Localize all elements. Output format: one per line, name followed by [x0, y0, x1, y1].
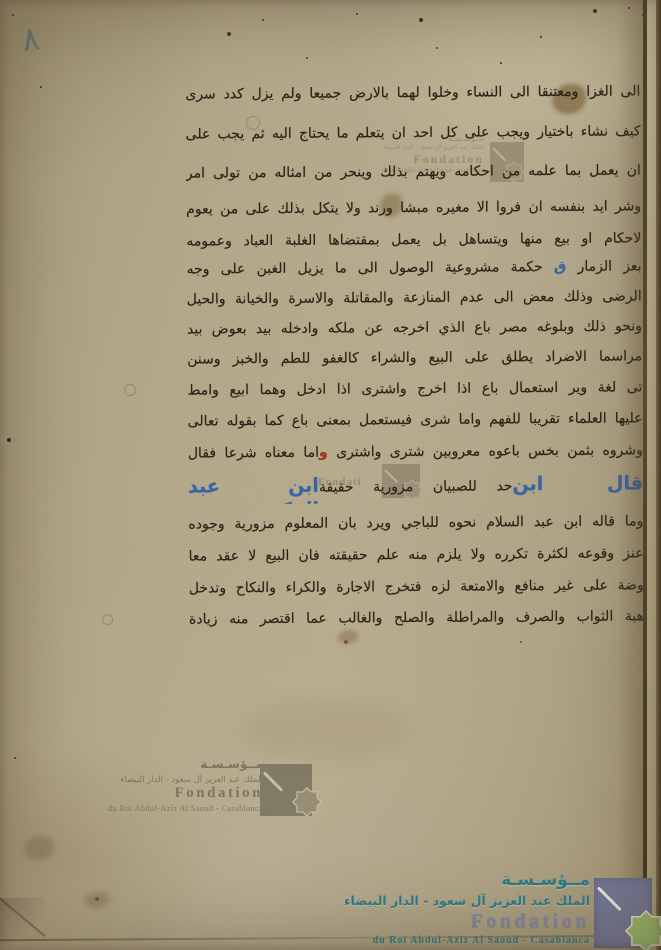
- manuscript-line-13: قال ابن عرفة حد للصبيان مزورية حقيقة معر…: [188, 471, 643, 504]
- rubricated-letter-qaf: ق: [554, 259, 567, 275]
- stain-blob: [84, 892, 110, 908]
- manuscript-line-8: ونحو ذلك وبلوغه مصر باع الذي اخرجه عن مل…: [187, 314, 642, 343]
- manuscript-line-12: وشروه بثمن بخس باعوه معروبين شترى واشترى…: [188, 438, 643, 467]
- manuscript-line-9: مراسما الاضراد يطلق على البيع والشراء كا…: [187, 344, 642, 373]
- manuscript-line-16: وضة على غير منافع والامتعة لزه فتخرج الا…: [189, 573, 644, 602]
- manuscript-line-1: الى الغزا ومعتنقا الى النساء وخلوا لهما …: [185, 79, 640, 108]
- foundation-line-arabic: الملك عبد العزيز آل سعود - الدار البيضاء: [120, 775, 263, 785]
- foxing-specks: [0, 0, 2, 2]
- manuscript-line-15: عنز وقوعه لكثرة تكرره ولا يلزم منه علم ح…: [188, 541, 643, 570]
- rubricated-letter-waw: و: [319, 445, 328, 461]
- ring-stain: [102, 614, 113, 625]
- manuscript-line-10: تى لغة وير استعمال باع اذا اخرج واشترى ا…: [187, 375, 642, 404]
- foundation-name-arabic: مــؤسـسـة: [200, 757, 263, 771]
- manuscript-line-2: كيف نشاء باختيار ويجب على كل احد ان يتعل…: [186, 119, 641, 148]
- stain-blob: [240, 700, 410, 760]
- foundation-name-french: Fondation: [471, 910, 590, 933]
- page-curvature-shade: [618, 0, 643, 950]
- manuscript-page: مــؤسـسـة الملك عبد العزيز آل سعود - الد…: [0, 0, 661, 950]
- manuscript-line-6: بعز الزمار ق حكمة مشروعية الوصول الى ما …: [186, 254, 641, 283]
- foundation-name-arabic: مــؤسـسـة: [501, 870, 590, 890]
- ring-stain: [124, 384, 136, 396]
- scan-right-edge: [656, 0, 661, 950]
- adjacent-page-edge: [647, 0, 656, 950]
- foundation-logo-square: [260, 764, 312, 816]
- manuscript-line-5: لاحكام او بيع منها ويتساهل بل يعمل بمقتض…: [186, 226, 641, 255]
- folio-number: ٨: [19, 19, 41, 59]
- diagonal-slash-icon: [263, 771, 283, 791]
- manuscript-text-block: الى الغزا ومعتنقا الى النساء وخلوا لهما …: [185, 0, 645, 662]
- manuscript-line-4: وشر ايد بنفسه ان فروا الا مغيره مبشا ورن…: [186, 194, 641, 223]
- foundation-line-french: du Roi Abdul-Aziz Al Saoud - Casablanca: [108, 804, 263, 813]
- manuscript-line-7: الرضى وذلك معض الى عدم المنازعة والمقاتل…: [187, 284, 642, 313]
- manuscript-line-3: ان يعمل بما علمه من احكامه ويهتم بذلك وي…: [186, 158, 641, 187]
- manuscript-line-11: عليها العلماء تقريبا للفهم واما شرى فيست…: [188, 406, 643, 435]
- stain-blob: [24, 836, 54, 860]
- eight-point-star-icon: [290, 785, 324, 819]
- corner-fold-shade: [0, 898, 44, 950]
- foundation-line-arabic: الملك عبد العزيز آل سعود - الدار البيضاء: [344, 893, 590, 908]
- fold-crease: [0, 935, 661, 942]
- rubricated-phrase-end: ابن عبد الحكم: [188, 474, 319, 505]
- foundation-name-french: Fondation: [175, 785, 263, 802]
- foundation-watermark-gray: مــؤسـسـة الملك عبد العزيز آل سعود - الد…: [98, 756, 320, 826]
- manuscript-line-17: هبة الثواب والصرف والمراطلة والصلح والغا…: [189, 604, 644, 633]
- manuscript-line-14: وما قاله ابن عبد السلام نحوه للباجي ويرد…: [188, 509, 643, 538]
